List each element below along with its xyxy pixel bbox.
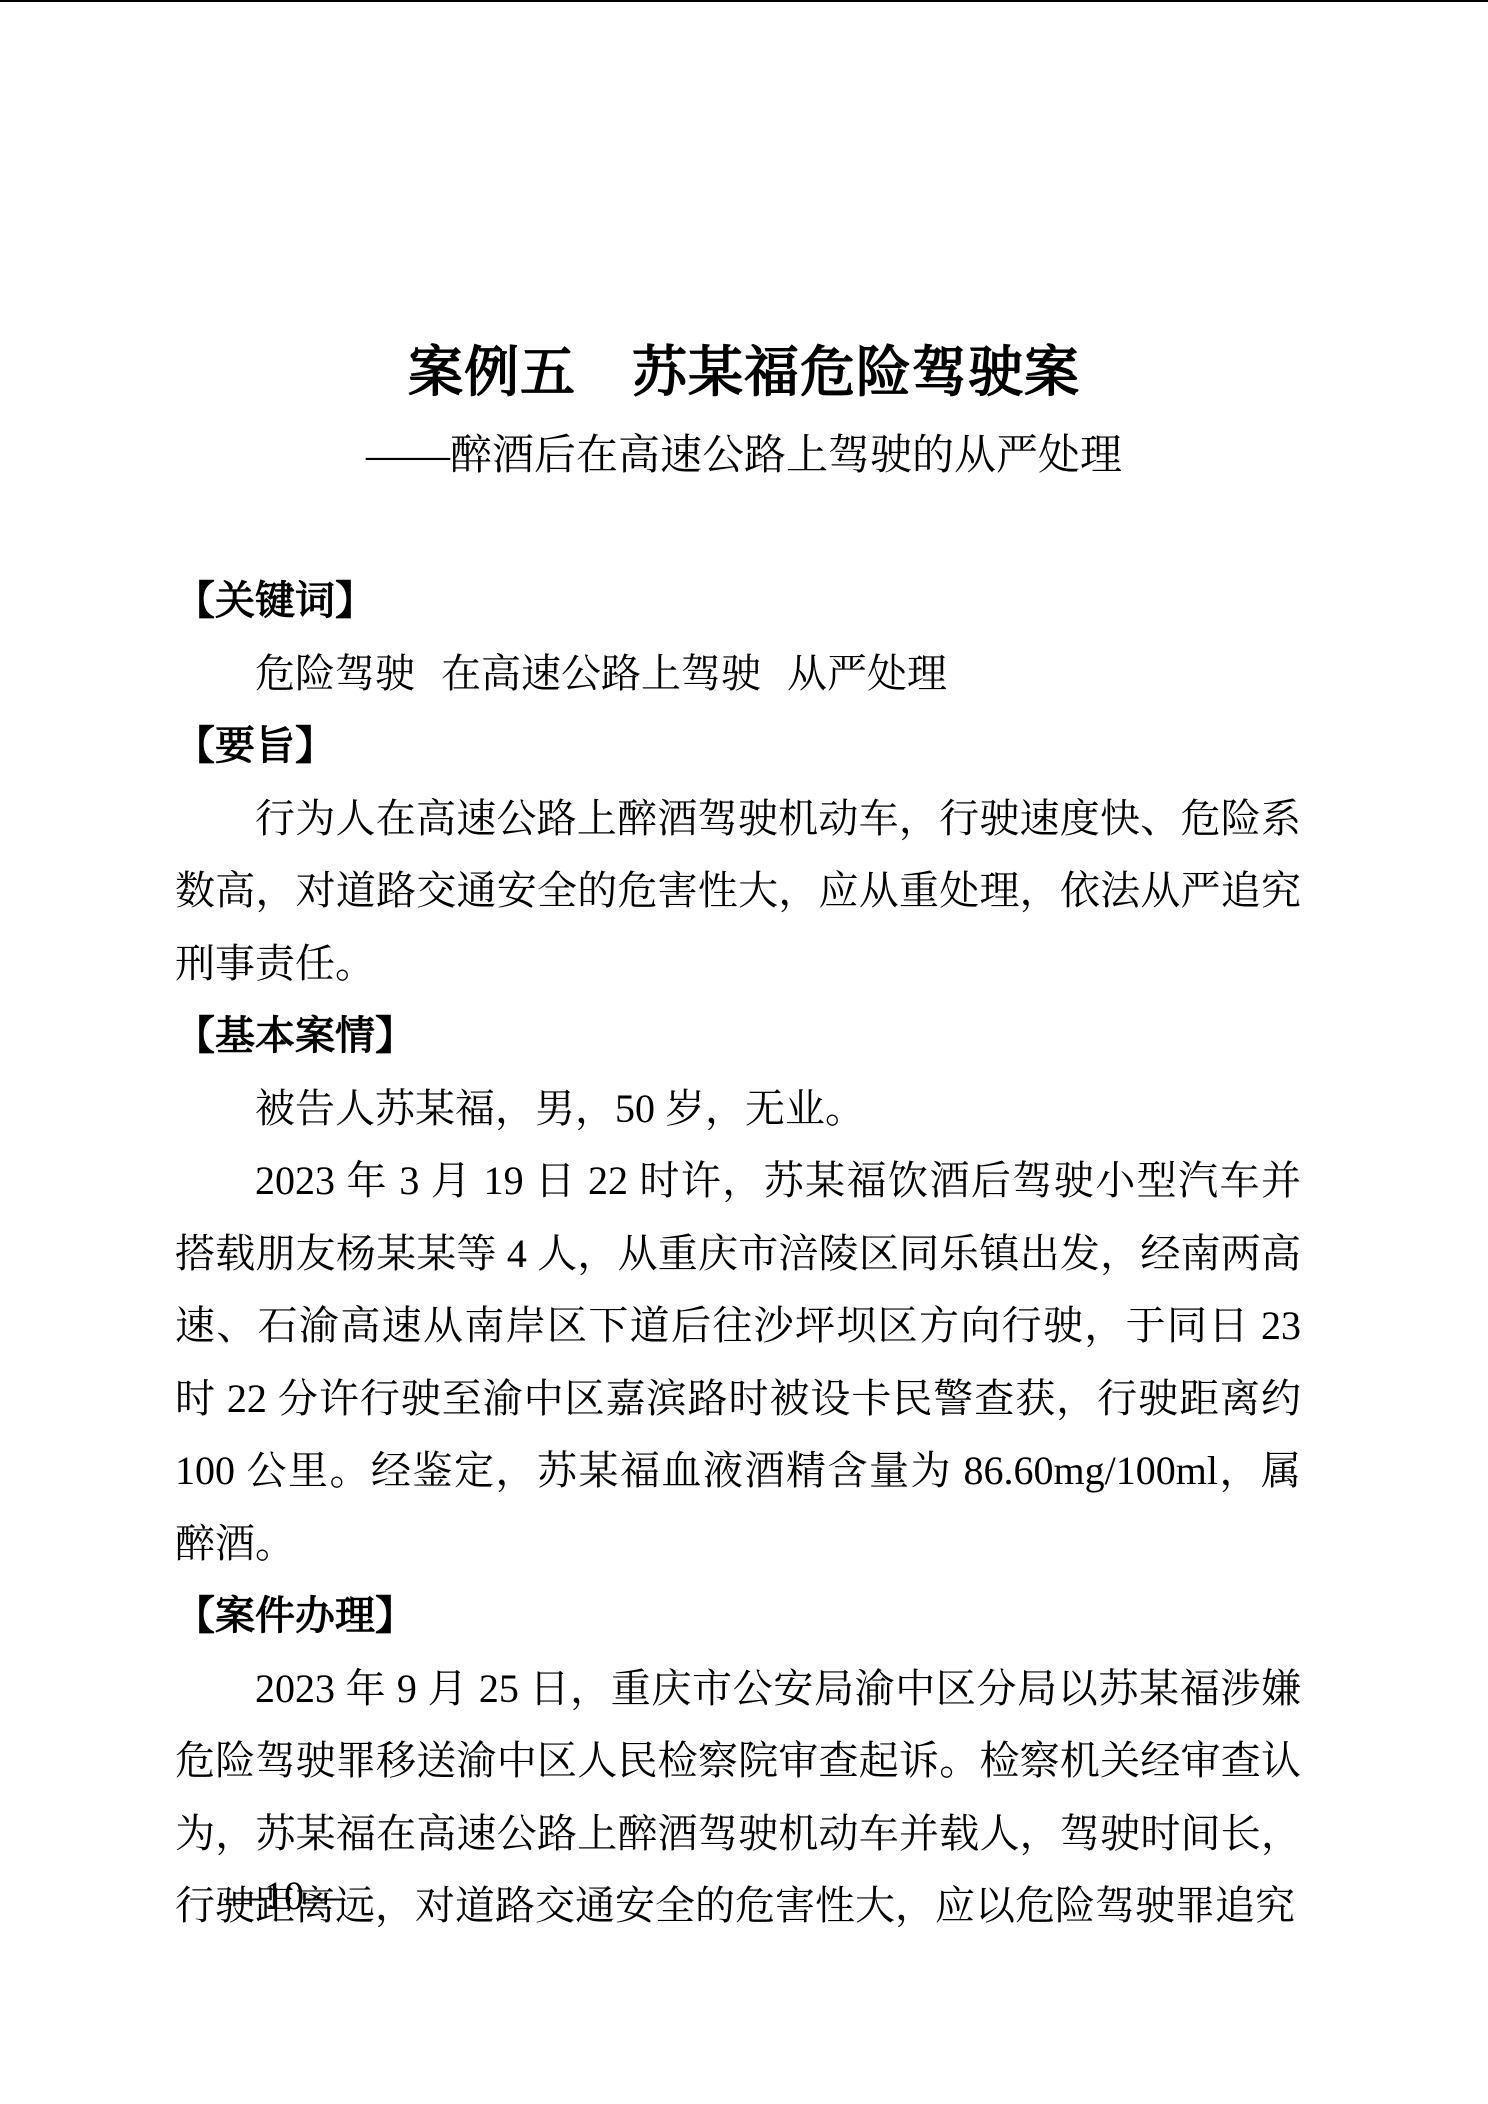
- basic-facts-paragraph-1: 被告人苏某福，男，50 岁，无业。: [175, 1073, 1301, 1146]
- page-title: 案例五 苏某福危险驾驶案: [0, 0, 1488, 403]
- scan-artifact-top-line: [0, 0, 1488, 2]
- section-heading-basic-facts: 【基本案情】: [175, 1000, 1301, 1073]
- document-page: 案例五 苏某福危险驾驶案 ——醉酒后在高速公路上驾驶的从严处理 【关键词】 危险…: [0, 0, 1488, 2104]
- keywords-text: 危险驾驶 在高速公路上驾驶 从严处理: [175, 638, 1301, 711]
- section-heading-keywords: 【关键词】: [175, 565, 1301, 638]
- page-number: —10—: [224, 1874, 344, 1918]
- page-subtitle: ——醉酒后在高速公路上驾驶的从严处理: [0, 428, 1488, 484]
- section-heading-case-handling: 【案件办理】: [175, 1580, 1301, 1653]
- document-body: 【关键词】 危险驾驶 在高速公路上驾驶 从严处理 【要旨】 行为人在高速公路上醉…: [175, 565, 1301, 1943]
- basic-facts-paragraph-2: 2023 年 3 月 19 日 22 时许，苏某福饮酒后驾驶小型汽车并搭载朋友杨…: [175, 1145, 1301, 1580]
- gist-paragraph: 行为人在高速公路上醉酒驾驶机动车，行驶速度快、危险系数高，对道路交通安全的危害性…: [175, 783, 1301, 1001]
- section-basic-facts: 【基本案情】 被告人苏某福，男，50 岁，无业。 2023 年 3 月 19 日…: [175, 1000, 1301, 1580]
- section-heading-gist: 【要旨】: [175, 710, 1301, 783]
- section-keywords: 【关键词】 危险驾驶 在高速公路上驾驶 从严处理: [175, 565, 1301, 710]
- section-gist: 【要旨】 行为人在高速公路上醉酒驾驶机动车，行驶速度快、危险系数高，对道路交通安…: [175, 710, 1301, 1000]
